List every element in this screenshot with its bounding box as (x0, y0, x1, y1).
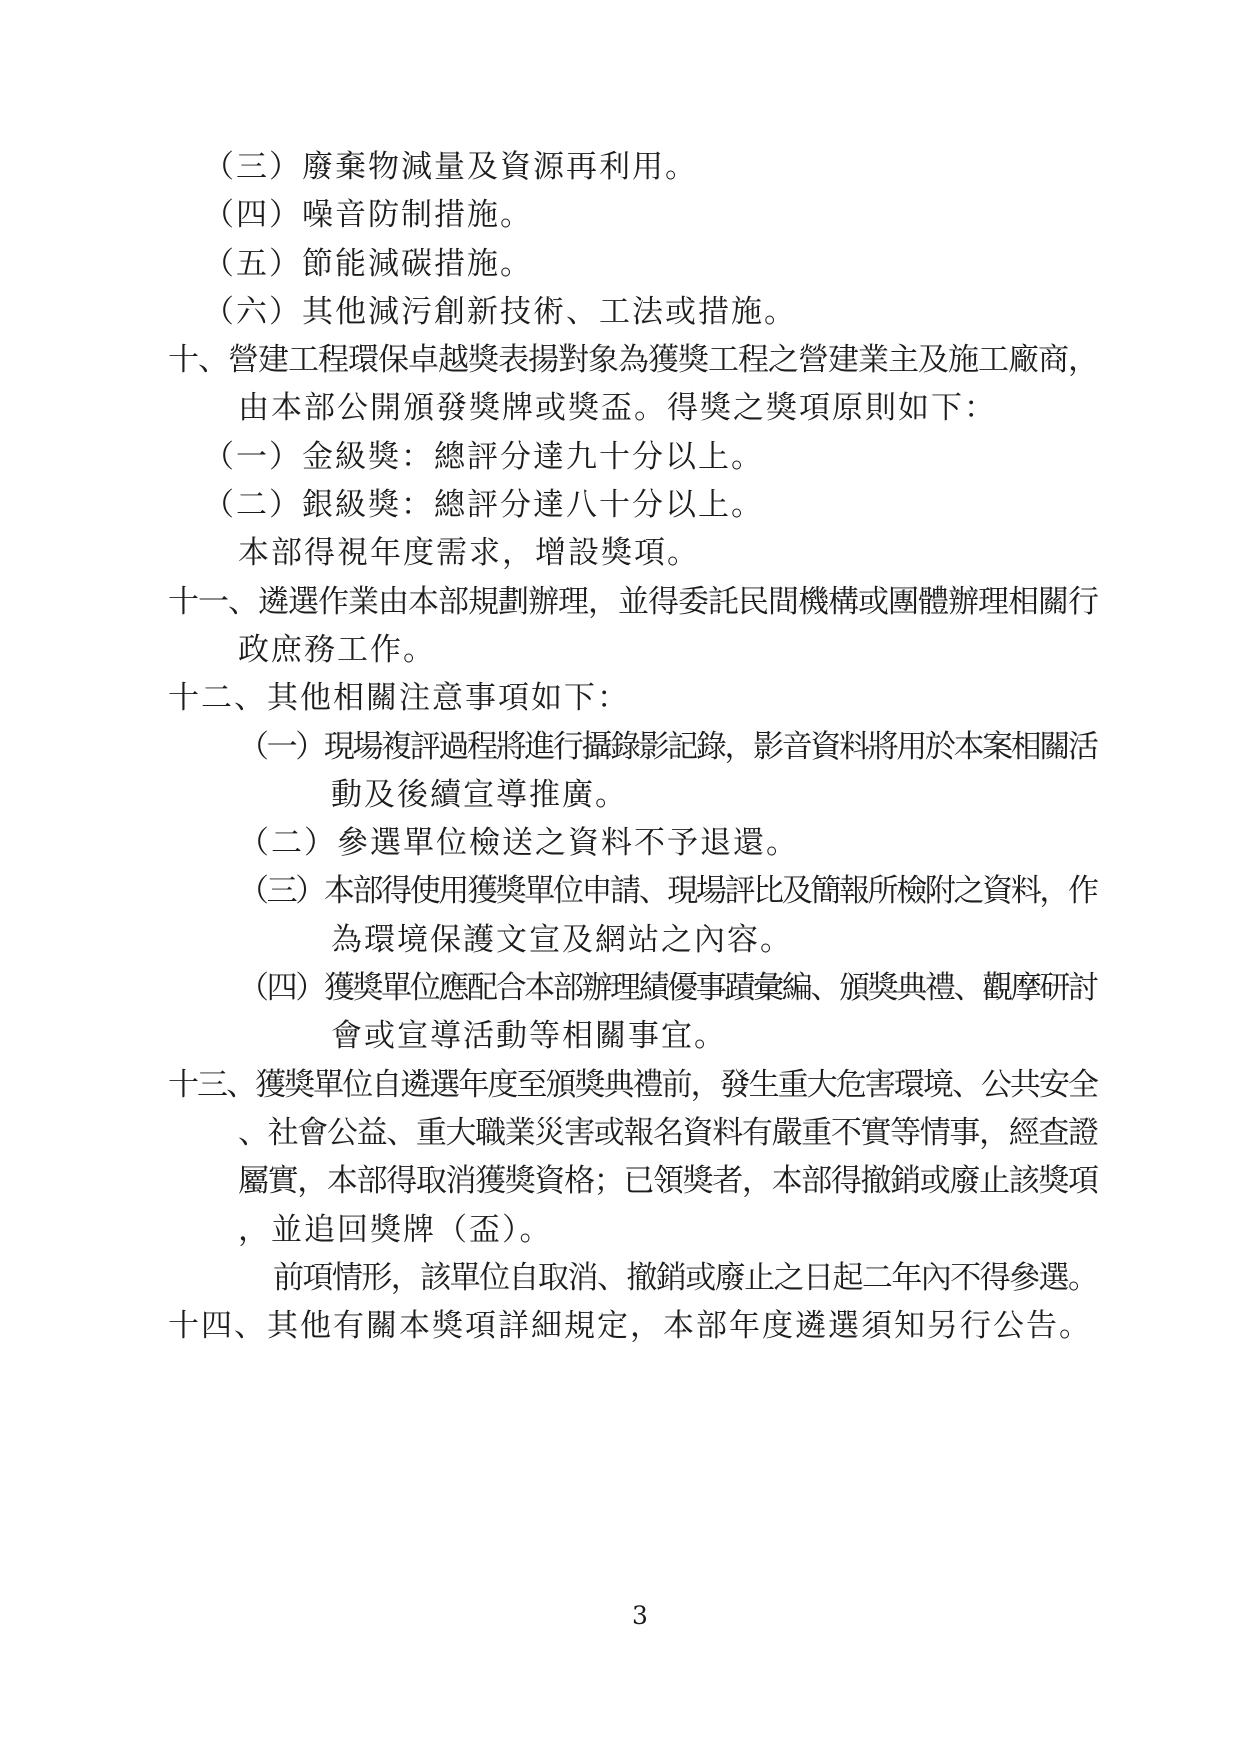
document-line: （三）廢棄物減量及資源再利用。 (203, 143, 1241, 191)
document-line: 為環境保護文宣及網站之內容。 (331, 916, 1241, 964)
document-line: （三）本部得使用獲獎單位申請、現場評比及簡報所檢附之資料，作 (238, 867, 1095, 915)
document-line: 會或宣導活動等相關事宜。 (331, 1012, 1241, 1060)
document-line: ，並追回獎牌（盃）。 (238, 1206, 1241, 1254)
document-line: 政庶務工作。 (238, 626, 1241, 674)
document-line: （二）銀級獎：總評分達八十分以上。 (203, 481, 1241, 529)
document-body: （三）廢棄物減量及資源再利用。（四）噪音防制措施。（五）節能減碳措施。（六）其他… (0, 143, 1241, 1350)
document-line: 十二、其他相關注意事項如下： (168, 674, 1241, 722)
document-line: 本部得視年度需求，增設獎項。 (238, 529, 1241, 577)
document-line: （一）金級獎：總評分達九十分以上。 (203, 433, 1241, 481)
document-line: 十、營建工程環保卓越獎表揚對象為獲獎工程之營建業主及施工廠商， (168, 336, 1095, 384)
document-line: 由本部公開頒發獎牌或獎盃。得獎之獎項原則如下： (238, 384, 1241, 432)
document-line: （二）參選單位檢送之資料不予退還。 (238, 819, 1241, 867)
document-line: （一）現場複評過程將進行攝錄影記錄，影音資料將用於本案相關活 (238, 723, 1095, 771)
page-number: 3 (600, 1601, 680, 1630)
document-page: （三）廢棄物減量及資源再利用。（四）噪音防制措施。（五）節能減碳措施。（六）其他… (0, 0, 1241, 1755)
document-line: 、社會公益、重大職業災害或報名資料有嚴重不實等情事，經查證 (238, 1109, 1095, 1157)
document-line: （四）獲獎單位應配合本部辦理績優事蹟彙編、頒獎典禮、觀摩研討 (238, 964, 1095, 1012)
document-line: （五）節能減碳措施。 (203, 240, 1241, 288)
document-line: 十三、獲獎單位自遴選年度至頒獎典禮前，發生重大危害環境、公共安全 (168, 1061, 1095, 1109)
document-line: 動及後續宣導推廣。 (331, 771, 1241, 819)
document-line: （六）其他減污創新技術、工法或措施。 (203, 288, 1241, 336)
document-line: 十一、遴選作業由本部規劃辦理，並得委託民間機構或團體辦理相關行 (168, 578, 1095, 626)
document-line: 屬實，本部得取消獲獎資格；已領獎者，本部得撤銷或廢止該獎項 (238, 1157, 1095, 1205)
document-line: （四）噪音防制措施。 (203, 191, 1241, 239)
document-line: 十四、其他有關本獎項詳細規定，本部年度遴選須知另行公告。 (168, 1302, 1241, 1350)
document-line: 前項情形，該單位自取消、撤銷或廢止之日起二年內不得參選。 (273, 1254, 1095, 1302)
